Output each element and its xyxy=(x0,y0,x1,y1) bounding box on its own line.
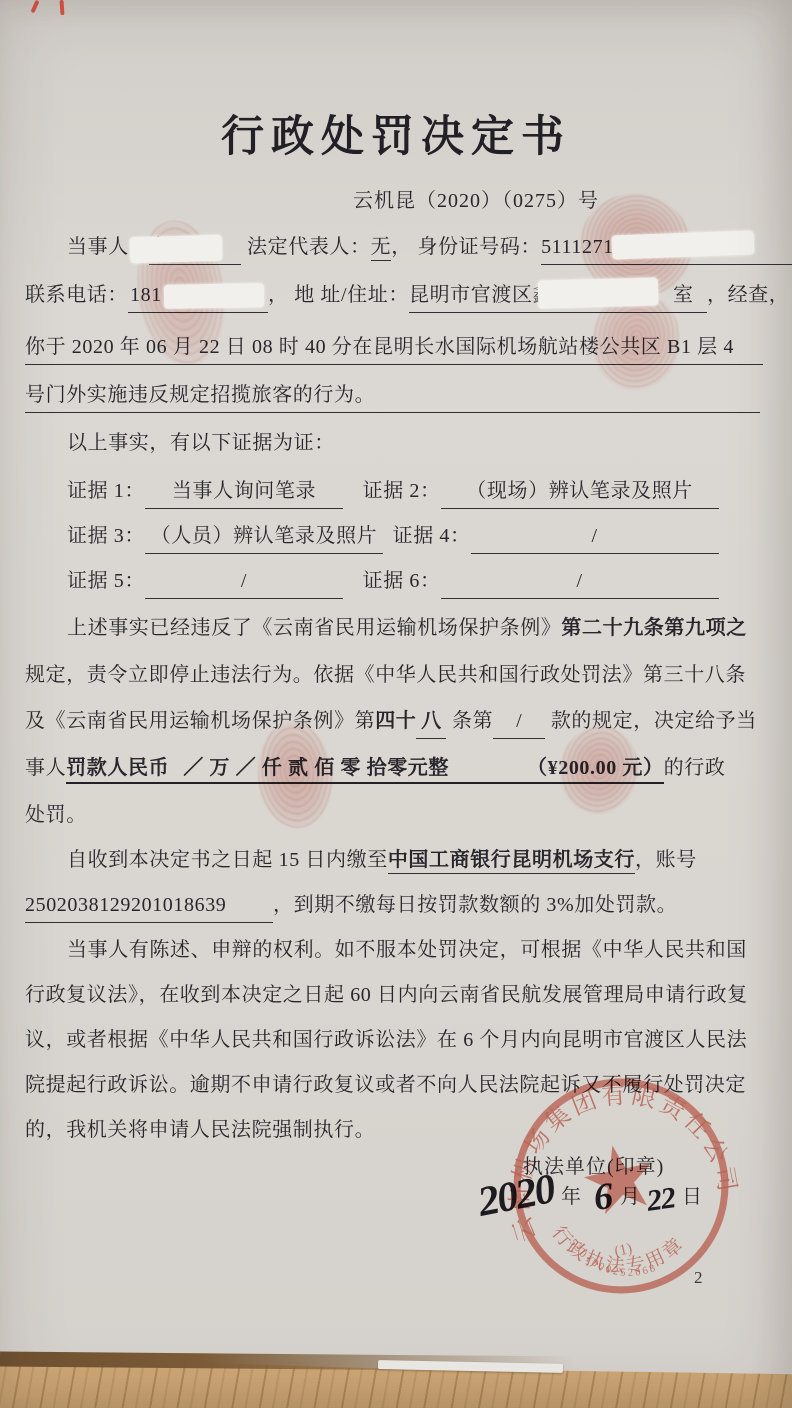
evidence-intro: 以上事实，有以下证据为证： xyxy=(25,428,792,458)
seal-star xyxy=(579,1138,660,1217)
comma: ， xyxy=(391,236,412,258)
clause-fill: / xyxy=(493,706,545,739)
evidence-1-value: 当事人询问笔录 xyxy=(145,476,343,509)
legal-rep-value: 无 xyxy=(371,236,392,261)
article-number: 四十 xyxy=(375,710,416,732)
document-title: 行政处罚决定书 xyxy=(0,103,792,164)
redaction-mark xyxy=(130,235,223,263)
evidence-6-label: 证据 6： xyxy=(363,570,441,592)
payment-line-2: 2502038129201018639，到期不缴每日按罚款数额的 3%加处罚款。 xyxy=(25,890,770,923)
evidence-3-label: 证据 3： xyxy=(67,525,145,547)
decision-line-3: 及《云南省民用运输机场保护条例》第四十八 条第/ 款的规定，决定给予当 xyxy=(25,706,770,739)
violated-article: 第二十九条第九项之 xyxy=(561,617,746,639)
evidence-5-label: 证据 5： xyxy=(67,570,145,592)
appeal-line-1: 当事人有陈述、申辩的权利。如不服本处罚决定，可根据《中华人民共和国 xyxy=(25,935,792,965)
decision-text: 款的规定，决定给予当 xyxy=(551,710,757,732)
decision-text: 的行政 xyxy=(664,757,726,779)
evidence-2-value: （现场）辨认笔录及照片 xyxy=(441,476,719,509)
fine-label: 罚款人民币 xyxy=(66,757,169,779)
decision-text: 及《云南省民用运输机场保护条例》第 xyxy=(25,710,375,732)
redaction-mark xyxy=(538,277,659,308)
evidence-4-value: / xyxy=(471,521,719,554)
article-number-fill: 八 xyxy=(416,706,446,739)
pen-mark xyxy=(59,0,64,15)
official-seal: 云南机场集团有限责任公司 行政执法专用章 (1) 5301000252068 xyxy=(483,1048,758,1323)
decision-text: 条第 xyxy=(452,710,493,732)
document-paper: 行政处罚决定书 云机昆（2020）（0275）号 当事人：杨 法定代表人：无， … xyxy=(0,0,792,1408)
bank-name: 中国工商银行昆明机场支行 xyxy=(388,849,635,874)
evidence-3-value: （人员）辨认笔录及照片 xyxy=(145,521,383,554)
comma: ， xyxy=(268,284,289,306)
legal-rep-label: 法定代表人： xyxy=(247,236,371,258)
account-number: 2502038129201018639 xyxy=(25,890,273,923)
decision-line-4: 事人罚款人民币／ 万 ／ 仟 贰 佰 零 拾零元整（¥200.00 元）的行政 xyxy=(25,753,770,783)
pen-mark xyxy=(31,0,40,13)
decision-text: 事人 xyxy=(25,757,66,779)
address-tail: 室 xyxy=(673,284,694,306)
id-label: 身份证号码： xyxy=(417,236,541,258)
decision-text: 上述事实已经违反了《云南省民用运输机场保护条例》 xyxy=(67,617,561,639)
evidence-row-1: 证据 1：当事人询问笔录 证据 2：（现场）辨认笔录及照片 xyxy=(25,476,792,509)
redaction-mark xyxy=(612,231,755,260)
decision-line-1: 上述事实已经违反了《云南省民用运输机场保护条例》第二十九条第九项之 xyxy=(25,613,792,643)
appeal-line-2: 行政复议法》，在收到本决定之日起 60 日内向云南省民航发展管理局申请行政复 xyxy=(25,980,770,1010)
evidence-4-label: 证据 4： xyxy=(393,525,471,547)
after-address: ，经查， xyxy=(707,284,789,306)
evidence-2-label: 证据 2： xyxy=(363,480,441,502)
payment-text: ，到期不缴每日按罚款数额的 3%加处罚款。 xyxy=(273,894,677,916)
decision-line-2: 规定，责令立即停止违法行为。依据《中华人民共和国行政处罚法》第三十八条 xyxy=(25,660,770,690)
phone-label: 联系电话： xyxy=(25,284,128,306)
appeal-line-3: 议，或者根据《中华人民共和国行政诉讼法》在 6 个月内向昆明市官渡区人民法 xyxy=(25,1025,770,1055)
address-label: 地 址/住址： xyxy=(294,284,409,306)
evidence-row-2: 证据 3：（人员）辨认笔录及照片 证据 4：/ xyxy=(25,521,792,554)
payment-text: ，账号 xyxy=(635,849,697,871)
payment-line-1: 自收到本决定书之日起 15 日内缴至中国工商银行昆明机场支行，账号 xyxy=(25,845,792,875)
document-photo: 行政处罚决定书 云机昆（2020）（0275）号 当事人：杨 法定代表人：无， … xyxy=(0,0,792,1408)
payment-text: 自收到本决定书之日起 15 日内缴至 xyxy=(67,849,388,871)
document-number: 云机昆（2020）（0275）号 xyxy=(160,184,792,213)
evidence-1-label: 证据 1： xyxy=(67,480,145,502)
evidence-6-value: / xyxy=(441,566,719,599)
redaction-mark xyxy=(164,283,264,309)
decision-line-5: 处罚。 xyxy=(25,800,770,830)
evidence-row-3: 证据 5：/ 证据 6：/ xyxy=(25,566,792,599)
facts-line-2: 号门外实施违反规定招揽旅客的行为。 xyxy=(25,380,770,413)
evidence-5-value: / xyxy=(145,566,343,599)
